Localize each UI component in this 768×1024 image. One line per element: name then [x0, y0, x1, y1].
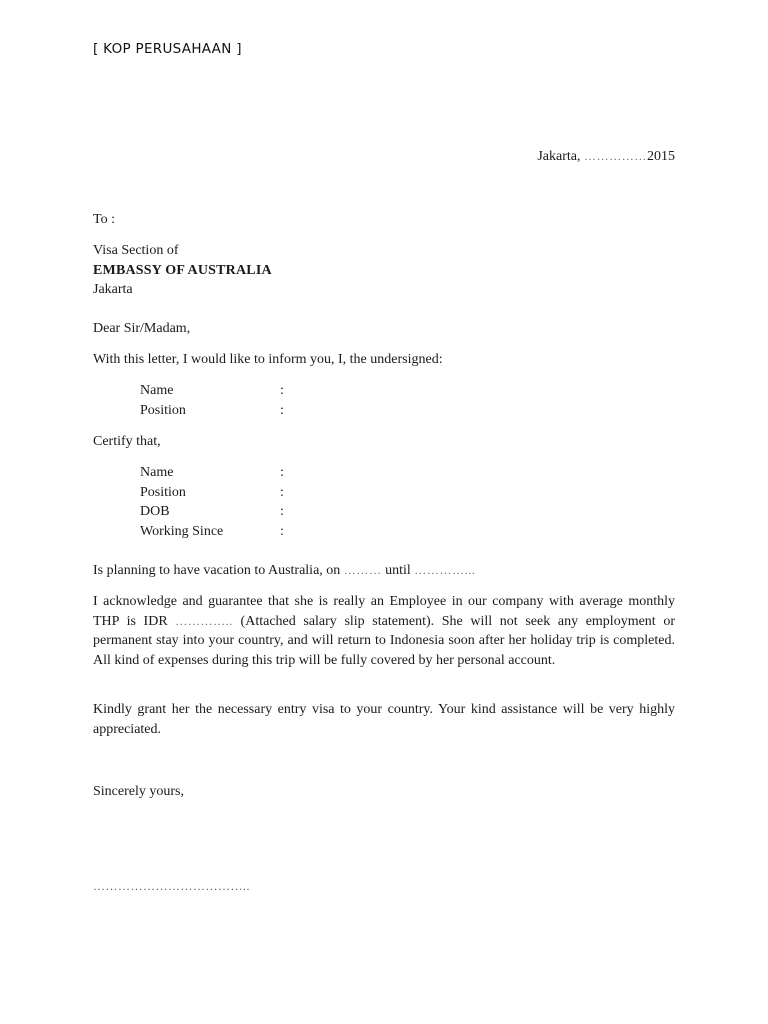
- field-row: DOB :: [140, 502, 440, 522]
- guarantee-paragraph: I acknowledge and guarantee that she is …: [93, 592, 675, 670]
- vacation-text: Is planning to have vacation to Australi…: [93, 563, 340, 578]
- vacation-until: until: [385, 563, 411, 578]
- salutation: Dear Sir/Madam,: [93, 319, 190, 339]
- recipient-city: Jakarta: [93, 280, 272, 300]
- recipient-embassy: EMBASSY OF AUSTRALIA: [93, 261, 272, 281]
- signature-line: ………………………………..: [93, 877, 250, 897]
- employee-fields: Name : Position : DOB : Working Since :: [140, 463, 440, 541]
- salary-blank: …………..: [175, 614, 233, 628]
- date-city: Jakarta,: [537, 149, 580, 164]
- field-label: Working Since: [140, 522, 280, 542]
- date-year: 2015: [647, 149, 675, 164]
- field-row: Position :: [140, 401, 440, 421]
- intro-sentence: With this letter, I would like to inform…: [93, 350, 443, 370]
- request-paragraph: Kindly grant her the necessary entry vis…: [93, 700, 675, 739]
- date-line: Jakarta, ……………2015: [537, 147, 675, 167]
- letter-page: [ KOP PERUSAHAAN ] Jakarta, ……………2015 To…: [0, 0, 768, 1024]
- to-label: To :: [93, 210, 115, 230]
- date-blank: ……………: [584, 149, 647, 163]
- recipient-line-1: Visa Section of: [93, 241, 272, 261]
- recipient-address: Visa Section of EMBASSY OF AUSTRALIA Jak…: [93, 241, 272, 300]
- field-row: Name :: [140, 463, 440, 483]
- field-colon: :: [280, 502, 300, 522]
- vacation-start-blank: ………: [344, 563, 382, 577]
- field-colon: :: [280, 401, 300, 421]
- undersigned-fields: Name : Position :: [140, 381, 440, 420]
- field-colon: :: [280, 463, 300, 483]
- field-row: Name :: [140, 381, 440, 401]
- field-label: Position: [140, 401, 280, 421]
- field-colon: :: [280, 381, 300, 401]
- field-label: Position: [140, 483, 280, 503]
- vacation-sentence: Is planning to have vacation to Australi…: [93, 561, 475, 581]
- certify-label: Certify that,: [93, 432, 161, 452]
- field-label: DOB: [140, 502, 280, 522]
- field-row: Working Since :: [140, 522, 440, 542]
- vacation-end-blank: …………...: [414, 563, 475, 577]
- closing: Sincerely yours,: [93, 782, 184, 802]
- field-label: Name: [140, 463, 280, 483]
- company-letterhead-placeholder: [ KOP PERUSAHAAN ]: [93, 41, 242, 57]
- field-colon: :: [280, 522, 300, 542]
- field-label: Name: [140, 381, 280, 401]
- field-colon: :: [280, 483, 300, 503]
- field-row: Position :: [140, 483, 440, 503]
